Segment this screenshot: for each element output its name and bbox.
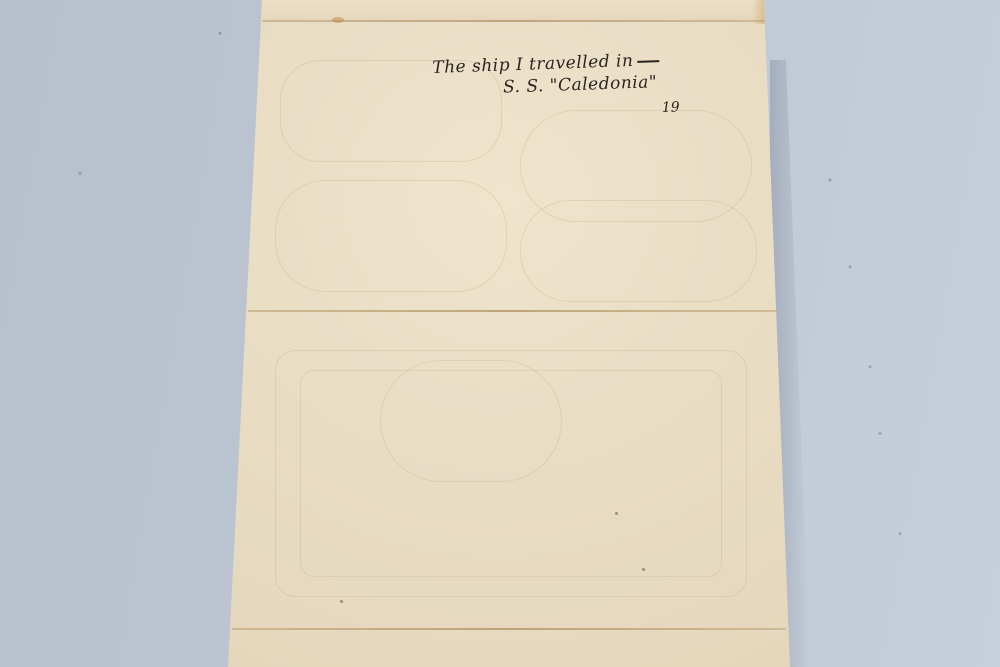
speck (615, 512, 618, 515)
embossed-frame (380, 360, 562, 482)
fold-line-bottom (232, 628, 786, 630)
paper-top-strip (0, 0, 1000, 20)
fold-line-middle (248, 310, 776, 312)
embossed-frame (520, 200, 757, 302)
speck (340, 600, 343, 603)
inscription-line-3: 19 (662, 97, 745, 116)
edge-stain (752, 0, 766, 24)
speck (642, 568, 645, 571)
embossed-frame (275, 180, 507, 292)
dash-mark (637, 60, 659, 63)
fold-stain (332, 17, 344, 23)
folded-paper: The ship I travelled in S. S. "Caledonia… (0, 0, 1000, 667)
handwritten-inscription: The ship I travelled in S. S. "Caledonia… (432, 47, 744, 124)
